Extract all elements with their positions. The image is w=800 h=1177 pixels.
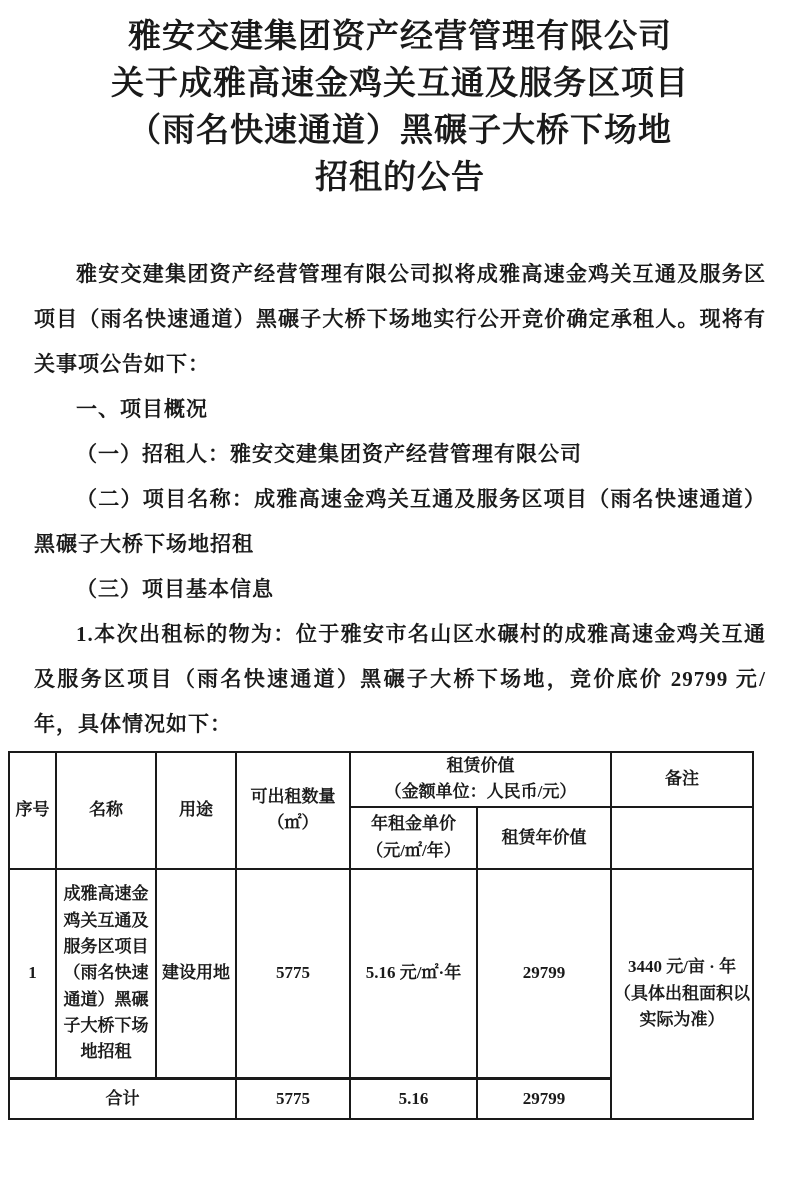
- item-basic-info: （三）项目基本信息: [34, 567, 766, 612]
- title-line-3: （雨名快速通道）黑碾子大桥下场地: [0, 108, 800, 155]
- title-line-2: 关于成雅高速金鸡关互通及服务区项目: [0, 61, 800, 108]
- header-name: 名称: [56, 752, 156, 869]
- cell-annual-value: 29799: [477, 869, 611, 1079]
- page-title: 雅安交建集团资产经营管理有限公司 关于成雅高速金鸡关互通及服务区项目 （雨名快速…: [0, 14, 800, 202]
- header-use: 用途: [156, 752, 236, 869]
- header-rentable-qty-label: 可出租数量: [251, 787, 336, 806]
- cell-unit-price: 5.16 元/㎡·年: [350, 869, 477, 1079]
- table-header-row-1: 序号 名称 用途 可出租数量 （㎡） 租赁价值 （金额单位：人民币/元） 备注: [9, 752, 753, 807]
- announcement-page: 雅安交建集团资产经营管理有限公司 关于成雅高速金鸡关互通及服务区项目 （雨名快速…: [0, 0, 800, 1177]
- header-annual-lease-value: 租赁年价值: [477, 807, 611, 869]
- header-seq: 序号: [9, 752, 56, 869]
- intro-paragraph: 雅安交建集团资产经营管理有限公司拟将成雅高速金鸡关互通及服务区项目（雨名快速通道…: [34, 252, 766, 387]
- cell-qty: 5775: [236, 869, 350, 1079]
- header-lease-value-unit: （金额单位：人民币/元）: [385, 782, 577, 801]
- header-lease-value-group: 租赁价值 （金额单位：人民币/元）: [350, 752, 611, 807]
- header-annual-unit-price-unit: （元/㎡/年）: [366, 841, 460, 860]
- header-annual-unit-price: 年租金单价 （元/㎡/年）: [350, 807, 477, 869]
- item-lease-object: 1.本次出租标的物为：位于雅安市名山区水碾村的成雅高速金鸡关互通及服务区项目（雨…: [34, 612, 766, 747]
- item-project-name: （二）项目名称：成雅高速金鸡关互通及服务区项目（雨名快速通道）黑碾子大桥下场地招…: [34, 477, 766, 567]
- title-line-4: 招租的公告: [0, 155, 800, 202]
- total-label: 合计: [9, 1079, 236, 1119]
- header-rentable-qty-unit: （㎡）: [268, 813, 319, 832]
- section-heading-overview: 一、项目概况: [34, 387, 766, 432]
- title-line-1: 雅安交建集团资产经营管理有限公司: [0, 14, 800, 61]
- cell-remark: 3440 元/亩 · 年（具体出租面积以实际为准）: [611, 869, 753, 1119]
- header-lease-value-label: 租赁价值: [447, 756, 515, 775]
- cell-seq: 1: [9, 869, 56, 1079]
- header-annual-unit-price-label: 年租金单价: [371, 814, 456, 833]
- header-remark-spacer: [611, 807, 753, 869]
- total-annual-value: 29799: [477, 1079, 611, 1119]
- document-body: 雅安交建集团资产经营管理有限公司拟将成雅高速金鸡关互通及服务区项目（雨名快速通道…: [34, 252, 766, 747]
- lease-info-table: 序号 名称 用途 可出租数量 （㎡） 租赁价值 （金额单位：人民币/元） 备注 …: [8, 751, 754, 1120]
- header-rentable-qty: 可出租数量 （㎡）: [236, 752, 350, 869]
- cell-name: 成雅高速金鸡关互通及服务区项目（雨名快速通道）黑碾子大桥下场地招租: [56, 869, 156, 1079]
- item-lessor: （一）招租人：雅安交建集团资产经营管理有限公司: [34, 432, 766, 477]
- header-remark: 备注: [611, 752, 753, 807]
- total-unit-price: 5.16: [350, 1079, 477, 1119]
- table-row: 1 成雅高速金鸡关互通及服务区项目（雨名快速通道）黑碾子大桥下场地招租 建设用地…: [9, 869, 753, 1079]
- cell-use: 建设用地: [156, 869, 236, 1079]
- total-qty: 5775: [236, 1079, 350, 1119]
